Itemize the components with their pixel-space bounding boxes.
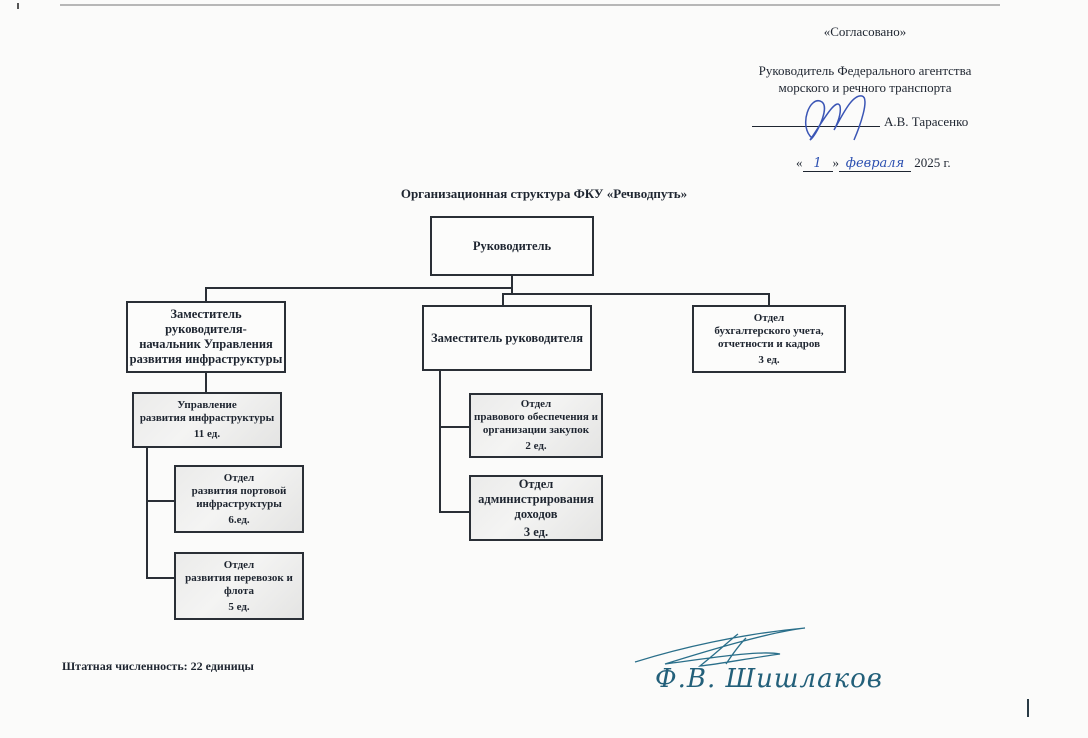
connector bbox=[146, 446, 148, 578]
document-title: Организационная структура ФКУ «Речводпут… bbox=[0, 186, 1088, 202]
scan-edge-line bbox=[60, 4, 1000, 6]
footer-signature-icon bbox=[630, 620, 820, 670]
connector bbox=[511, 275, 513, 287]
org-box-line: Управление bbox=[177, 399, 237, 412]
org-box-line: Заместитель руководителя- bbox=[128, 307, 284, 337]
approval-heading: «Согласовано» bbox=[730, 24, 1000, 40]
org-box-line: Отдел bbox=[521, 398, 551, 411]
connector bbox=[146, 577, 176, 579]
org-box-units: 6.ед. bbox=[228, 514, 249, 527]
approval-signatory: А.В. Тарасенко bbox=[884, 114, 968, 130]
org-box-line: доходов bbox=[515, 507, 558, 522]
org-box-line: флота bbox=[224, 585, 254, 598]
org-box-deputy-infrastructure: Заместитель руководителя- начальник Упра… bbox=[126, 301, 286, 373]
org-box-infrastructure-directorate: Управление развития инфраструктуры 11 ед… bbox=[132, 392, 282, 448]
approval-position-line1: Руководитель Федерального агентства bbox=[730, 63, 1000, 79]
org-box-line: Отдел bbox=[754, 312, 784, 325]
connector bbox=[439, 426, 471, 428]
org-box-line: бухгалтерского учета, bbox=[714, 325, 823, 338]
page-mark bbox=[1027, 699, 1029, 717]
org-box-head: Руководитель bbox=[430, 216, 594, 276]
approval-date: «1»февраля 2025 г. bbox=[796, 155, 951, 172]
staff-total: Штатная численность: 22 единицы bbox=[62, 659, 254, 674]
date-year: 2025 г. bbox=[914, 155, 950, 170]
org-box-line: Отдел bbox=[224, 559, 254, 572]
org-box-line: Отдел bbox=[224, 472, 254, 485]
org-box-line: развития инфраструктуры bbox=[130, 352, 283, 367]
date-day: 1 bbox=[803, 156, 833, 172]
connector bbox=[205, 287, 207, 301]
org-box-units: 3 ед. bbox=[758, 354, 779, 367]
org-box-port-infrastructure-dept: Отдел развития портовой инфраструктуры 6… bbox=[174, 465, 304, 533]
org-box-transport-fleet-dept: Отдел развития перевозок и флота 5 ед. bbox=[174, 552, 304, 620]
org-box-units: 3 ед. bbox=[524, 525, 548, 540]
org-box-revenue-admin-dept: Отдел администрирования доходов 3 ед. bbox=[469, 475, 603, 541]
connector bbox=[205, 287, 513, 289]
footer-signature-name: Ф.В. Шишлаков bbox=[655, 664, 883, 694]
org-box-units: 5 ед. bbox=[228, 601, 249, 614]
org-box-line: Заместитель руководителя bbox=[431, 331, 583, 346]
org-box-legal-procurement-dept: Отдел правового обеспечения и организаци… bbox=[469, 393, 603, 458]
org-box-line: развития портовой bbox=[192, 485, 287, 498]
org-box-line: организации закупок bbox=[483, 424, 589, 437]
org-box-line: инфраструктуры bbox=[196, 498, 282, 511]
connector bbox=[502, 293, 770, 295]
scan-mark bbox=[17, 3, 19, 9]
org-box-line: развития перевозок и bbox=[185, 572, 293, 585]
org-box-line: отчетности и кадров bbox=[718, 338, 820, 351]
org-box-line: начальник Управления bbox=[139, 337, 273, 352]
org-box-units: 11 ед. bbox=[194, 428, 220, 441]
connector bbox=[146, 500, 176, 502]
org-box-units: 2 ед. bbox=[525, 440, 546, 453]
org-box-line: Отдел bbox=[519, 477, 554, 492]
connector bbox=[205, 372, 207, 394]
org-box-title: Руководитель bbox=[473, 239, 551, 254]
org-box-accounting-hr-dept: Отдел бухгалтерского учета, отчетности и… bbox=[692, 305, 846, 373]
org-box-deputy-head: Заместитель руководителя bbox=[422, 305, 592, 371]
date-month: февраля bbox=[839, 156, 911, 172]
approval-signature-icon bbox=[790, 86, 880, 146]
connector bbox=[439, 369, 441, 512]
org-box-line: администрирования bbox=[478, 492, 594, 507]
connector bbox=[511, 287, 513, 294]
org-box-line: правового обеспечения и bbox=[474, 411, 598, 424]
org-box-line: развития инфраструктуры bbox=[140, 412, 274, 425]
connector bbox=[439, 511, 471, 513]
